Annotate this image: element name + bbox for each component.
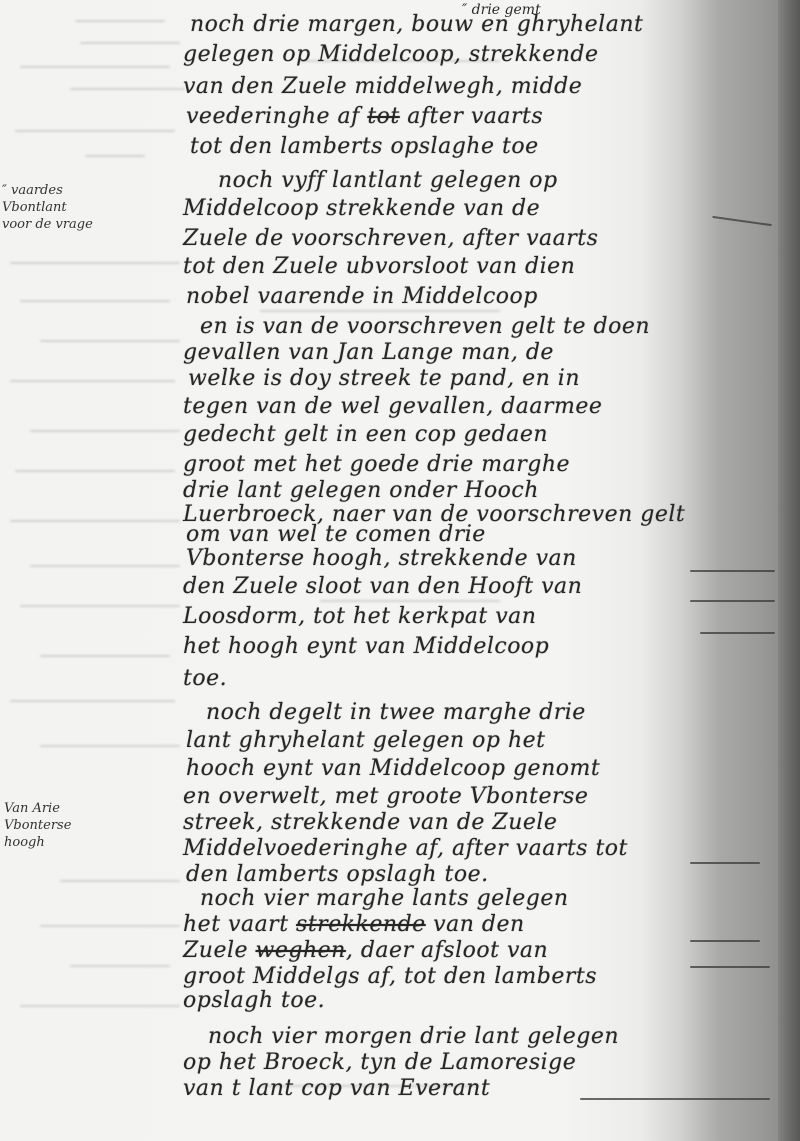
margin-note-line: Van Arie (4, 800, 71, 817)
text-line: streek, strekkende van de Zuele (183, 810, 557, 835)
text-line: tot den lamberts opslaghe toe (190, 134, 539, 159)
text-line: den lamberts opslagh toe. (186, 862, 489, 887)
text-line: noch drie margen, bouw en ghryhelant (190, 12, 643, 37)
margin-note-line: Vbontlant (2, 199, 93, 216)
text-line: tot den Zuele ubvorsloot van dien (183, 254, 575, 279)
text-line: groot Middelgs af, tot den lamberts (183, 964, 597, 989)
text-line: van t lant cop van Everant (183, 1076, 490, 1101)
text-line: noch degelt in twee marghe drie (206, 700, 586, 725)
margin-note-line: ″ vaardes (2, 182, 93, 199)
text-line: van den Zuele middelwegh, midde (183, 74, 582, 99)
text-line: lant ghryhelant gelegen op het (186, 728, 545, 753)
text-line: toe. (183, 666, 227, 691)
text-line: groot met het goede drie marghe (183, 452, 570, 477)
margin-note-2: Van Arie Vbonterse hoogh (4, 800, 71, 851)
text-line: tegen van de wel gevallen, daarmee (183, 394, 602, 419)
text-line: welke is doy streek te pand, en in (188, 366, 580, 391)
margin-note-line: Vbonterse (4, 817, 71, 834)
struck-word: strekkende (296, 912, 426, 937)
text-line: op het Broeck, tyn de Lamoresige (183, 1050, 576, 1075)
text-line: Middelcoop strekkende van de (183, 196, 540, 221)
text-line: noch vyff lantlant gelegen op (218, 168, 558, 193)
text-line: den Zuele sloot van den Hooft van (183, 574, 582, 599)
text-line: het hoogh eynt van Middelcoop (183, 634, 549, 659)
text-line: noch vier marghe lants gelegen (200, 886, 569, 911)
text-line: Zuele de voorschreven, after vaarts (183, 226, 598, 251)
line-flourish (690, 600, 775, 602)
text-line: gelegen op Middelcoop, strekkende (183, 42, 599, 67)
manuscript-page: ″ drie gemt noch drie margen, bouw en gh… (0, 0, 800, 1141)
struck-word: tot (367, 104, 399, 129)
line-flourish (580, 1098, 770, 1100)
text-line: opslagh toe. (183, 988, 325, 1013)
text-line: veederinghe af tot after vaarts (186, 104, 543, 129)
text-line: het vaart strekkende van den (183, 912, 525, 937)
text-line: gedecht gelt in een cop gedaen (183, 422, 548, 447)
line-flourish (700, 632, 775, 634)
text-line: Zuele weghen, daer afsloot van (183, 938, 548, 963)
text-line: en overwelt, met groote Vbonterse (183, 784, 588, 809)
text-line: Loosdorm, tot het kerkpat van (183, 604, 536, 629)
line-flourish (690, 862, 760, 864)
margin-note-1: ″ vaardes Vbontlant voor de vrage (2, 182, 93, 233)
binding-gutter-shadow (778, 0, 800, 1141)
text-line: gevallen van Jan Lange man, de (183, 340, 554, 365)
text-line: noch vier morgen drie lant gelegen (208, 1024, 619, 1049)
line-flourish (712, 216, 772, 226)
text-line: Vbonterse hoogh, strekkende van (186, 546, 577, 571)
text-line: hooch eynt van Middelcoop genomt (186, 756, 600, 781)
line-flourish (690, 940, 760, 942)
struck-word: weghen (256, 938, 346, 963)
text-line: nobel vaarende in Middelcoop (186, 284, 538, 309)
line-flourish (690, 570, 775, 572)
text-line: Middelvoederinghe af, after vaarts tot (183, 836, 628, 861)
margin-note-line: voor de vrage (2, 216, 93, 233)
line-flourish (690, 966, 770, 968)
text-line: om van wel te comen drie (186, 522, 486, 547)
margin-note-line: hoogh (4, 834, 71, 851)
text-line: en is van de voorschreven gelt te doen (200, 314, 650, 339)
text-line: drie lant gelegen onder Hooch (183, 478, 539, 503)
